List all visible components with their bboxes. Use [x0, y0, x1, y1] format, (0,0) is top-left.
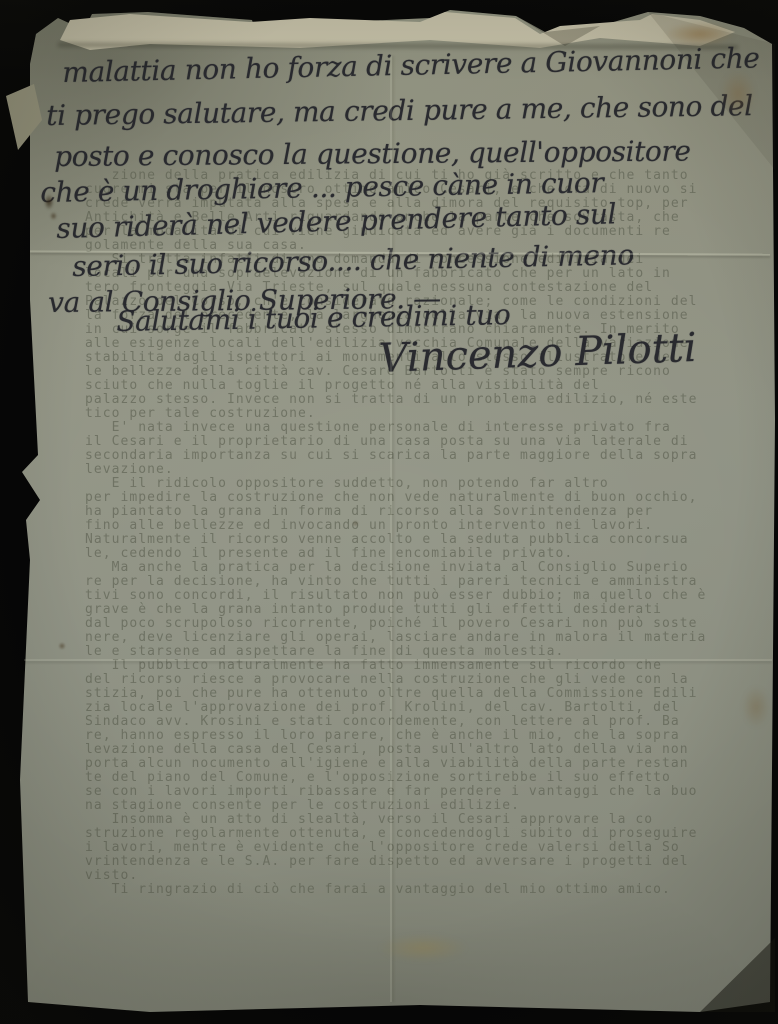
- handwriting-closing: Salutami i tuoi e credimi tuo: [116, 298, 511, 338]
- typescript-line: dal poco scrupoloso ricorrente, poiché i…: [85, 617, 725, 631]
- typescript-line: re per la decisione, ha vinto che tutti …: [85, 575, 725, 589]
- typescript-line: palazzo stesso. Invece non si tratta di …: [85, 393, 725, 407]
- typescript-line: le e starsene ad aspettare la fine di qu…: [85, 645, 725, 659]
- typescript-line: per impedire la costruzione che non vede…: [85, 491, 725, 505]
- typescript-line: vrintendenza e le S.A. per fare dispetto…: [85, 855, 725, 869]
- typescript-line: le, cedendo il presente ad il fine encom…: [85, 547, 725, 561]
- typescript-line: tivi sono concordi, il risultato non può…: [85, 589, 725, 603]
- typescript-line: grave è che la grana intanto produce tut…: [85, 603, 725, 617]
- typescript-line: E il ridicolo oppositore suddetto, non p…: [85, 477, 725, 491]
- typescript-line: del ricorso riesce a provocare nella cos…: [85, 673, 725, 687]
- typescript-line: re, hanno espresso il loro parere, che è…: [85, 729, 725, 743]
- typescript-line: ha piantato la grana in forma di ricorso…: [85, 505, 725, 519]
- typescript-line: te del piano del Comune, e l'opposizione…: [85, 771, 725, 785]
- typescript-line: sciuto che nulla toglie il progetto né a…: [85, 379, 725, 393]
- typescript-line: nere, deve licenziare gli operai, lascia…: [85, 631, 725, 645]
- typescript-line: Naturalmente il ricorso venne accolto e …: [85, 533, 725, 547]
- typescript-line: levazione.: [85, 463, 725, 477]
- typescript-line: tico per tale costruzione.: [85, 407, 725, 421]
- typescript-line: Insomma è un atto di slealtà, verso il C…: [85, 813, 725, 827]
- typescript-line: na stagione consente per le costruzioni …: [85, 799, 725, 813]
- typescript-line: Il pubblico naturalmente ha fatto immens…: [85, 659, 725, 673]
- typescript-line: visto.: [85, 869, 725, 883]
- typescript-line: porta alcun nocumento all'igiene e alla …: [85, 757, 725, 771]
- typescript-line: levazione della casa del Cesari, posta s…: [85, 743, 725, 757]
- typescript-line: Ma anche la pratica per la decisione inv…: [85, 561, 725, 575]
- typescript-line: se con i lavori importi ribassare e far …: [85, 785, 725, 799]
- typescript-line: zia locale l'approvazione dei prof. Krol…: [85, 701, 725, 715]
- typescript-line: Sindaco avv. Krosini e stati concordemen…: [85, 715, 725, 729]
- typescript-line: secondaria importanza su cui si scarica …: [85, 449, 725, 463]
- typescript-line: E' nata invece una questione personale d…: [85, 421, 725, 435]
- typescript-line: fino alle bellezze ed invocando un pront…: [85, 519, 725, 533]
- typescript-line: stizia, poi che pure ha ottenuto oltre q…: [85, 687, 725, 701]
- typescript-line: il Cesari e il proprietario di una casa …: [85, 435, 725, 449]
- typescript-line: i lavori, mentre è evidente che l'opposi…: [85, 841, 725, 855]
- typescript-line: struzione regolarmente ottenuta, e conce…: [85, 827, 725, 841]
- typescript-line: Ti ringrazio di ciò che farai a vantaggi…: [85, 883, 725, 897]
- scan-backdrop: zione della pratica edilizia di cui ti h…: [0, 0, 778, 1024]
